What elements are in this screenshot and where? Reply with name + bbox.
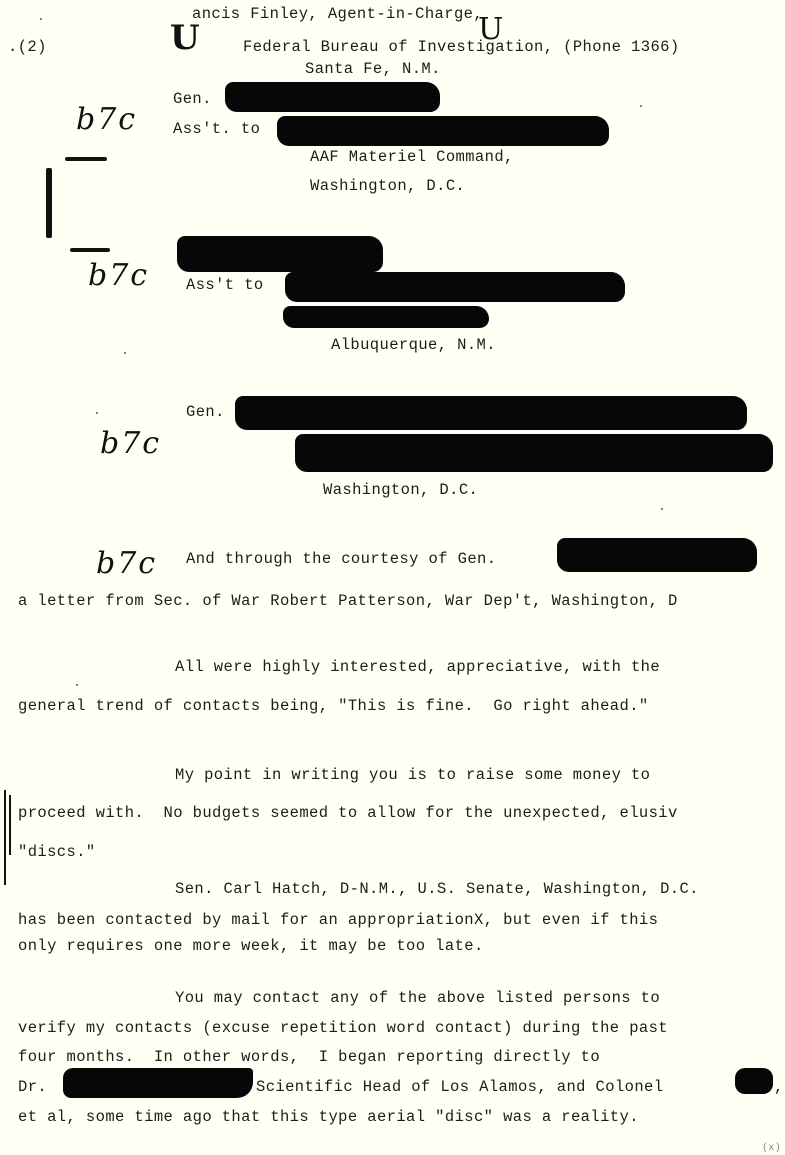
header-city: Santa Fe, N.M. bbox=[305, 60, 441, 78]
contact-role: Ass't to bbox=[186, 276, 264, 294]
handwritten-mark: U bbox=[478, 12, 505, 47]
margin-line bbox=[9, 795, 11, 855]
paragraph-line: verify my contacts (excuse repetition wo… bbox=[18, 1019, 668, 1037]
document-page: .(2) ancis Finley, Agent-in-Charge, Fede… bbox=[0, 0, 785, 1155]
paragraph-line: only requires one more week, it may be t… bbox=[18, 937, 484, 955]
annotation-b7c: b7c bbox=[76, 102, 137, 137]
redaction-block bbox=[735, 1068, 773, 1094]
redaction-block bbox=[557, 538, 757, 572]
paragraph-line: Sen. Carl Hatch, D-N.M., U.S. Senate, Wa… bbox=[175, 880, 699, 898]
bracket-mark bbox=[65, 157, 107, 161]
speck bbox=[640, 105, 642, 107]
contact-org: AAF Materiel Command, bbox=[310, 148, 514, 166]
handwritten-mark: U bbox=[170, 18, 202, 58]
paragraph-line: , bbox=[774, 1078, 784, 1096]
courtesy-letter-line: a letter from Sec. of War Robert Patters… bbox=[18, 592, 678, 610]
paragraph-line: general trend of contacts being, "This i… bbox=[18, 697, 649, 715]
paragraph-line: Dr. bbox=[18, 1078, 47, 1096]
redaction-block bbox=[283, 306, 489, 328]
redaction-block bbox=[235, 396, 747, 430]
annotation-b7c: b7c bbox=[100, 426, 161, 461]
annotation-b7c: b7c bbox=[96, 546, 157, 581]
redaction-block bbox=[277, 116, 609, 146]
redaction-block bbox=[295, 434, 773, 472]
margin-line bbox=[4, 790, 6, 885]
redaction-block bbox=[177, 236, 383, 272]
contact-title: Gen. bbox=[186, 403, 225, 421]
speck bbox=[76, 684, 78, 686]
header-agency: Federal Bureau of Investigation, (Phone … bbox=[243, 38, 680, 56]
speck bbox=[40, 18, 42, 20]
redaction-block bbox=[63, 1068, 253, 1098]
speck bbox=[124, 352, 126, 354]
paragraph-line: My point in writing you is to raise some… bbox=[175, 766, 650, 784]
paragraph-line: Scientific Head of Los Alamos, and Colon… bbox=[256, 1078, 663, 1096]
paragraph-line: All were highly interested, appreciative… bbox=[175, 658, 660, 676]
header-addressee: ancis Finley, Agent-in-Charge, bbox=[192, 5, 483, 23]
speck bbox=[96, 412, 98, 414]
paragraph-line: "discs." bbox=[18, 843, 96, 861]
contact-location: Washington, D.C. bbox=[310, 177, 465, 195]
paragraph-line: You may contact any of the above listed … bbox=[175, 989, 660, 1007]
contact-location: Albuquerque, N.M. bbox=[331, 336, 496, 354]
paragraph-line: et al, some time ago that this type aeri… bbox=[18, 1108, 639, 1126]
page-number: .(2) bbox=[8, 38, 47, 56]
speck bbox=[661, 508, 663, 510]
paragraph-line: has been contacted by mail for an approp… bbox=[18, 911, 658, 929]
redaction-block bbox=[285, 272, 625, 302]
contact-location: Washington, D.C. bbox=[323, 481, 478, 499]
annotation-b7c: b7c bbox=[88, 258, 149, 293]
bracket-mark bbox=[70, 248, 110, 252]
contact-title: Gen. bbox=[173, 90, 212, 108]
paragraph-line: proceed with. No budgets seemed to allow… bbox=[18, 804, 678, 822]
paragraph-line: four months. In other words, I began rep… bbox=[18, 1048, 600, 1066]
courtesy-line: And through the courtesy of Gen. bbox=[186, 550, 496, 568]
redaction-block bbox=[225, 82, 440, 112]
corner-mark: (x) bbox=[762, 1140, 781, 1155]
bracket-mark bbox=[46, 168, 52, 238]
contact-role: Ass't. to bbox=[173, 120, 260, 138]
